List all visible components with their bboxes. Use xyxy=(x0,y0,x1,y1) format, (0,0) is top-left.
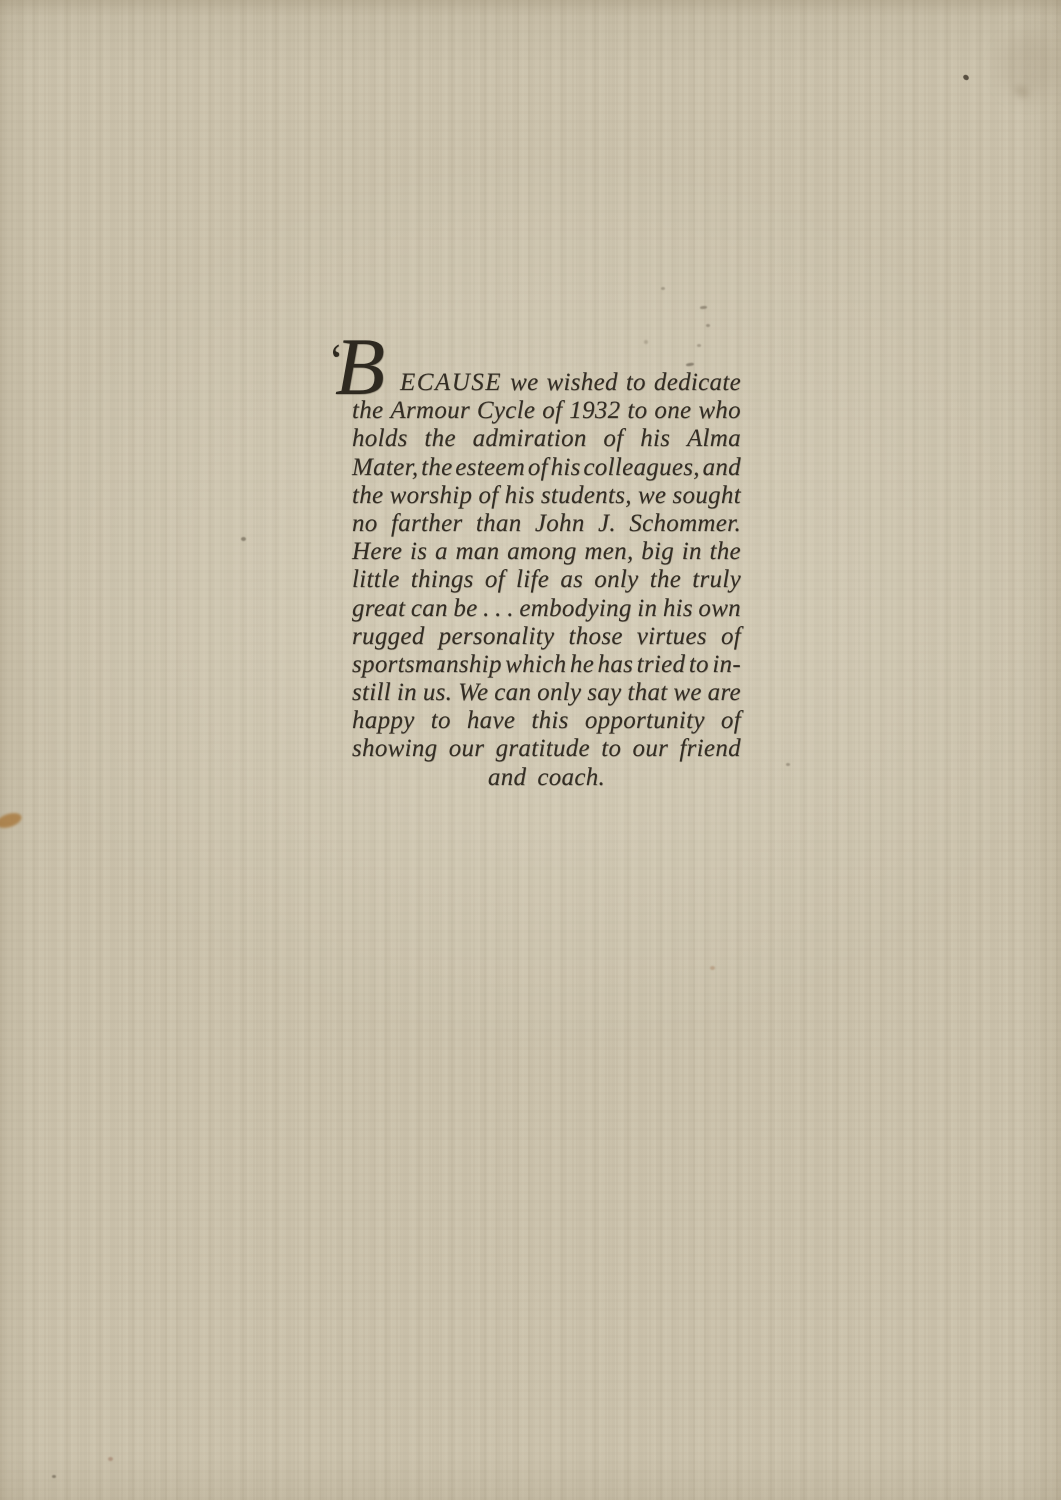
word: are xyxy=(708,679,741,707)
word: a xyxy=(435,538,448,566)
word: which xyxy=(505,651,566,679)
ink-dash xyxy=(686,362,694,366)
word: coach. xyxy=(537,764,605,792)
word: our xyxy=(633,735,669,763)
word: friend xyxy=(679,735,741,763)
word: among xyxy=(507,538,577,566)
word: he xyxy=(570,651,594,679)
word: own xyxy=(698,595,741,623)
word: to xyxy=(689,651,709,679)
text-line: showingourgratitudetoourfriend xyxy=(352,735,741,763)
word: to xyxy=(627,397,647,425)
text-line: holdstheadmirationofhisAlma xyxy=(352,425,741,453)
word: only xyxy=(594,566,638,594)
word: to xyxy=(601,735,621,763)
word: his xyxy=(551,454,581,482)
word: is xyxy=(410,538,427,566)
word: Armour xyxy=(390,397,470,425)
word: of xyxy=(721,707,741,735)
word: as xyxy=(560,566,583,594)
word: Cycle xyxy=(477,397,535,425)
word: truly xyxy=(692,566,741,594)
word: big xyxy=(641,538,674,566)
text-line: theArmourCycleof1932toonewho xyxy=(352,397,741,425)
word: sportsmanship xyxy=(352,651,502,679)
dedication-text-block: ‘ B ECAUSEwewishedtodedicatetheArmourCyc… xyxy=(352,369,741,792)
word: esteem xyxy=(455,454,525,482)
text-line: andcoach. xyxy=(352,764,741,792)
word: say xyxy=(587,679,621,707)
word: has xyxy=(598,651,634,679)
ink-dot xyxy=(697,344,701,347)
word: of xyxy=(542,397,562,425)
word: worship xyxy=(390,482,473,510)
word: that xyxy=(627,679,667,707)
word: rugged xyxy=(352,623,425,651)
paper-speck-red xyxy=(108,1457,113,1461)
word: Here xyxy=(352,538,402,566)
word: farther xyxy=(391,510,463,538)
left-edge-orange-mark xyxy=(0,810,23,830)
word: in- xyxy=(712,651,741,679)
word: the xyxy=(352,482,383,510)
word: . xyxy=(495,595,502,623)
text-line: ECAUSEwewishedtodedicate xyxy=(352,369,741,397)
word: gratitude xyxy=(496,735,590,763)
word: Mater, xyxy=(352,454,418,482)
paper-speck xyxy=(786,763,790,766)
word: this xyxy=(531,707,568,735)
word: can xyxy=(494,679,531,707)
word: the xyxy=(710,538,741,566)
word: than xyxy=(476,510,522,538)
word: great xyxy=(352,595,405,623)
ink-dot xyxy=(661,287,665,290)
word: showing xyxy=(352,735,437,763)
word: admiration xyxy=(473,425,587,453)
word: in xyxy=(682,538,702,566)
word: and xyxy=(703,454,741,482)
word: of xyxy=(478,482,498,510)
word: J. xyxy=(598,510,616,538)
paper-speck-red xyxy=(710,966,715,970)
word: things xyxy=(411,566,474,594)
word: to xyxy=(626,369,646,397)
text-line: nofartherthanJohnJ.Schommer. xyxy=(352,510,741,538)
word: be xyxy=(453,595,477,623)
initial-cap-B: B xyxy=(335,326,385,408)
corner-smudge xyxy=(1000,34,1058,98)
word: can xyxy=(411,595,448,623)
word: opportunity xyxy=(585,707,705,735)
ink-dot xyxy=(706,324,710,327)
scanned-page: ‘ B ECAUSEwewishedtodedicatetheArmourCyc… xyxy=(0,0,1061,1500)
text-line: Mater,theesteemofhiscolleagues,and xyxy=(352,454,741,482)
text-line: ruggedpersonalitythosevirtuesof xyxy=(352,623,741,651)
word: the xyxy=(424,425,455,453)
word: life xyxy=(516,566,549,594)
word: in xyxy=(397,679,417,707)
text-line: greatcanbe...embodyinginhisown xyxy=(352,595,741,623)
word: of xyxy=(528,454,548,482)
word: have xyxy=(467,707,515,735)
word: dedicate xyxy=(654,369,741,397)
paper-speck xyxy=(241,537,246,541)
word: ECAUSE xyxy=(400,369,502,397)
word: the xyxy=(650,566,681,594)
word: of xyxy=(603,425,623,453)
word: his xyxy=(640,425,670,453)
word: tried xyxy=(637,651,686,679)
word: in xyxy=(637,595,657,623)
word: We xyxy=(458,679,488,707)
word: his xyxy=(663,595,693,623)
word: his xyxy=(505,482,535,510)
text-line: stillinus.Wecanonlysaythatweare xyxy=(352,679,741,707)
word: Alma xyxy=(687,425,741,453)
word: . xyxy=(507,595,514,623)
word: us. xyxy=(423,679,452,707)
word: who xyxy=(698,397,741,425)
word: 1932 xyxy=(569,397,620,425)
word: and xyxy=(488,764,526,792)
text-line: Hereisamanamongmen,biginthe xyxy=(352,538,741,566)
word: little xyxy=(352,566,400,594)
word: we xyxy=(510,369,538,397)
word: of xyxy=(721,623,741,651)
word: John xyxy=(535,510,585,538)
dark-speck-top-right xyxy=(962,74,970,82)
text-line: sportsmanshipwhichhehastriedtoin- xyxy=(352,651,741,679)
word: only xyxy=(537,679,581,707)
word: students, xyxy=(541,482,632,510)
word: . xyxy=(483,595,490,623)
word: the xyxy=(421,454,452,482)
text-line: littlethingsoflifeasonlythetruly xyxy=(352,566,741,594)
word: virtues xyxy=(637,623,707,651)
text-line: theworshipofhisstudents,wesought xyxy=(352,482,741,510)
word: men, xyxy=(584,538,633,566)
word: to xyxy=(431,707,451,735)
text-line: happytohavethisopportunityof xyxy=(352,707,741,735)
word: we xyxy=(638,482,666,510)
word: embodying xyxy=(519,595,631,623)
word: still xyxy=(352,679,391,707)
word: holds xyxy=(352,425,408,453)
word: our xyxy=(449,735,485,763)
ink-dash xyxy=(700,306,707,310)
word: those xyxy=(568,623,622,651)
word: Schommer. xyxy=(629,510,741,538)
word: we xyxy=(673,679,701,707)
word: sought xyxy=(672,482,740,510)
word: happy xyxy=(352,707,415,735)
paper-speck xyxy=(52,1475,56,1478)
word: of xyxy=(485,566,505,594)
ink-dot xyxy=(644,340,648,344)
word: wished xyxy=(547,369,618,397)
word: no xyxy=(352,510,378,538)
word: one xyxy=(654,397,691,425)
word: personality xyxy=(439,623,555,651)
word: colleagues, xyxy=(583,454,699,482)
word: man xyxy=(455,538,499,566)
